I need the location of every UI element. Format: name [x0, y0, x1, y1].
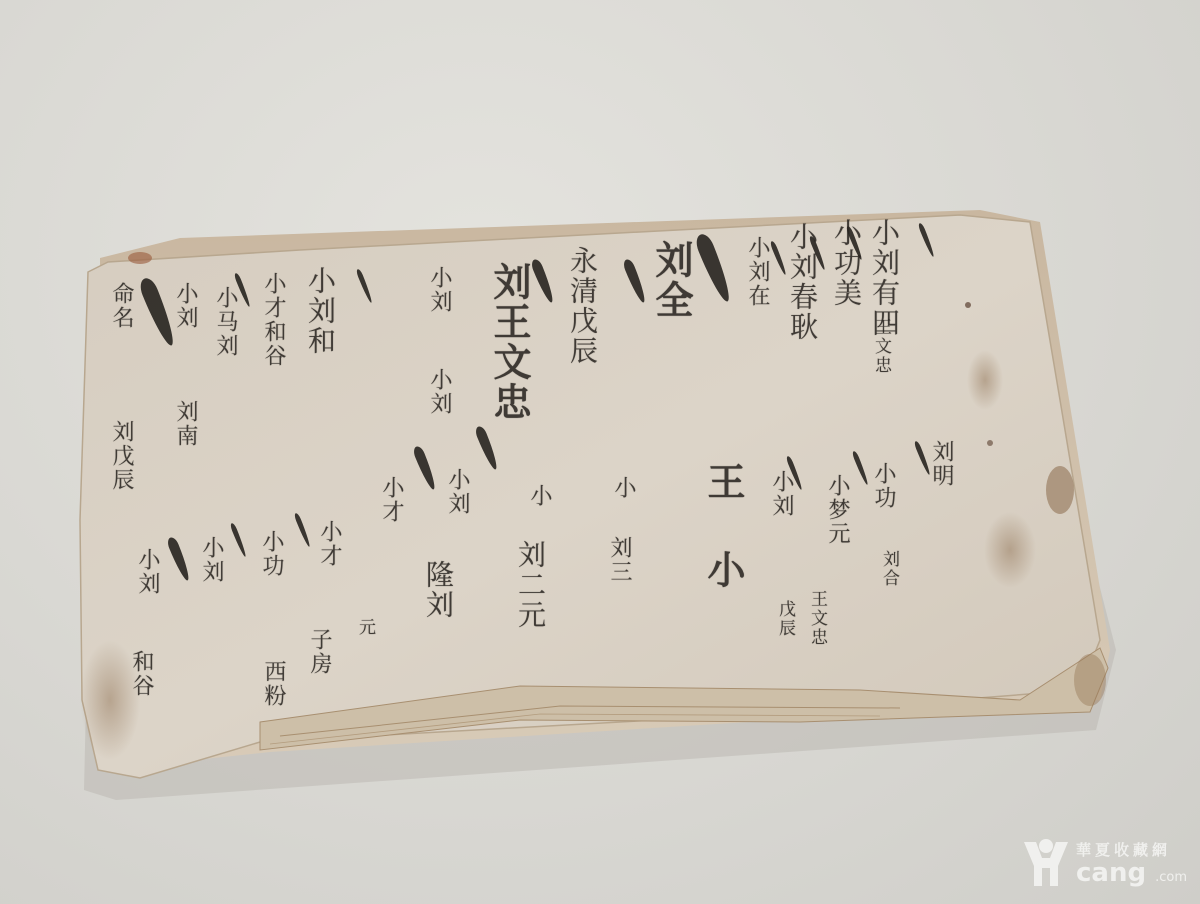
ledger-entry: 王文忠 — [872, 318, 889, 375]
ledger-entry: 王 — [704, 462, 742, 502]
ledger-entry: 小刘春耿 — [788, 222, 816, 342]
ledger-entry: 戊辰 — [776, 600, 793, 638]
watermark-latin: cang .com — [1076, 860, 1187, 886]
ledger-entry: 命名 — [110, 282, 132, 330]
ledger-entry: 小 — [528, 484, 550, 508]
cang-watermark: 華夏收藏網 cang .com — [1022, 832, 1192, 892]
ledger-entry: 刘明 — [930, 440, 952, 488]
ledger-entry: 刘全 — [652, 240, 690, 320]
ledger-entry: 元 — [356, 618, 373, 637]
photo-scene: 小刘有四王文忠小功美小刘春耿小刘在刘全永清戊辰刘王文忠小刘小刘小刘和小才和谷小马… — [0, 0, 1200, 904]
ledger-entry: 小功 — [260, 530, 282, 578]
ledger-entry: 子房 — [308, 628, 330, 676]
ledger-entry: 小功美 — [832, 218, 860, 308]
ledger-entry: 小刘和 — [306, 266, 334, 356]
ledger-entry: 刘二元 — [516, 540, 544, 630]
cang-logo-icon — [1022, 836, 1070, 888]
watermark-chinese: 華夏收藏網 — [1076, 839, 1187, 860]
ledger-entry: 小才 — [380, 476, 402, 524]
ledger-entry: 刘南 — [174, 400, 196, 448]
ledger-book: 小刘有四王文忠小功美小刘春耿小刘在刘全永清戊辰刘王文忠小刘小刘小刘和小才和谷小马… — [0, 0, 1200, 904]
ledger-entry: 和谷 — [130, 650, 152, 698]
ledger-entry: 永清戊辰 — [568, 246, 596, 366]
ledger-entry: 小刘 — [174, 282, 196, 330]
ledger-entry: 刘戊辰 — [110, 420, 132, 492]
ledger-entry: 小刘 — [446, 468, 468, 516]
ledger-entry: 小功 — [872, 462, 894, 510]
ledger-entry: 小刘在 — [746, 236, 768, 308]
ledger-entry: 刘三 — [608, 536, 630, 584]
ledger-entry: 小刘 — [428, 368, 450, 416]
ledger-entry: 小刘 — [200, 536, 222, 584]
ledger-entry: 西粉 — [262, 660, 284, 708]
ledger-entry: 小才和谷 — [262, 272, 284, 368]
ledger-entry: 小刘 — [428, 266, 450, 314]
ledger-entry: 王文忠 — [808, 590, 825, 647]
ledger-entry: 小刘 — [136, 548, 158, 596]
ledger-entry: 小 — [612, 476, 634, 500]
book-shape — [0, 0, 1200, 904]
ledger-entry: 刘合 — [880, 550, 897, 588]
ledger-entry: 小刘 — [770, 470, 792, 518]
ledger-entry: 隆刘 — [424, 560, 452, 620]
ledger-entry: 小才 — [318, 520, 340, 568]
ledger-entry: 刘王文忠 — [490, 262, 528, 422]
ledger-entry: 小梦元 — [826, 474, 848, 546]
ledger-entry: 小马刘 — [214, 286, 236, 358]
ledger-entry: 小 — [704, 550, 742, 590]
